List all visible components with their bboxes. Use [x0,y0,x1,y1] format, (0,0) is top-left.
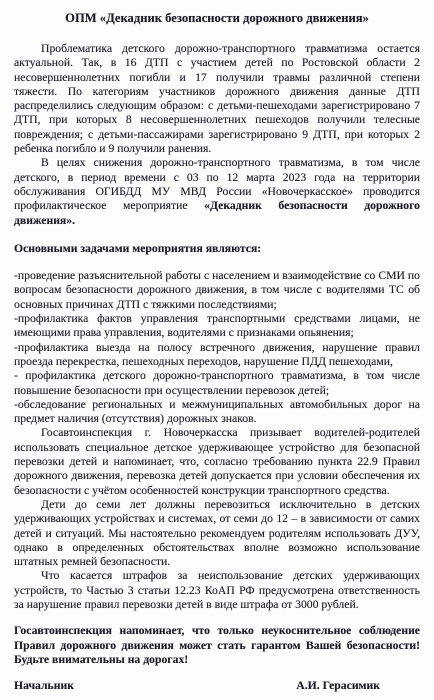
task-item-child-injury-prevention: - профилактика детского дорожно-транспор… [14,369,420,398]
task-item-oncoming-lane: -профилактика выезда на полосу встречног… [14,341,420,370]
signature-name: А.И. Герасимик [296,679,380,693]
tasks-list: -проведение разъяснительной работы с нас… [14,269,420,426]
document-page: ОПМ «Декадник безопасности дорожного дви… [0,0,434,700]
document-title: ОПМ «Декадник безопасности дорожного дви… [14,10,420,26]
signature-position: Начальник [14,679,74,693]
task-item-outreach: -проведение разъяснительной работы с нас… [14,269,420,312]
paragraph-closing-appeal: Госавтоинспекция напоминает, что только … [14,624,420,667]
task-item-unlicensed-driving: -профилактика фактов управления транспор… [14,312,420,341]
paragraph-problem-statistics: Проблематика детского дорожно-транспортн… [14,42,420,156]
paragraph-campaign-announcement: В целях снижения дорожно-транспортного т… [14,156,420,227]
paragraph-child-restraint-advice: Госавтоинспекция г. Новочеркасска призыв… [14,426,420,497]
signature-row: Начальник А.И. Герасимик [14,679,420,693]
paragraph-fines: Что касается штрафов за неиспользование … [14,569,420,612]
tasks-heading: Основными задачами мероприятия являются: [14,242,420,256]
paragraph-children-transport-rules: Дети до семи лет должны перевозиться иск… [14,498,420,569]
task-item-road-signs-inspection: -обследование региональных и межмуниципа… [14,398,420,427]
